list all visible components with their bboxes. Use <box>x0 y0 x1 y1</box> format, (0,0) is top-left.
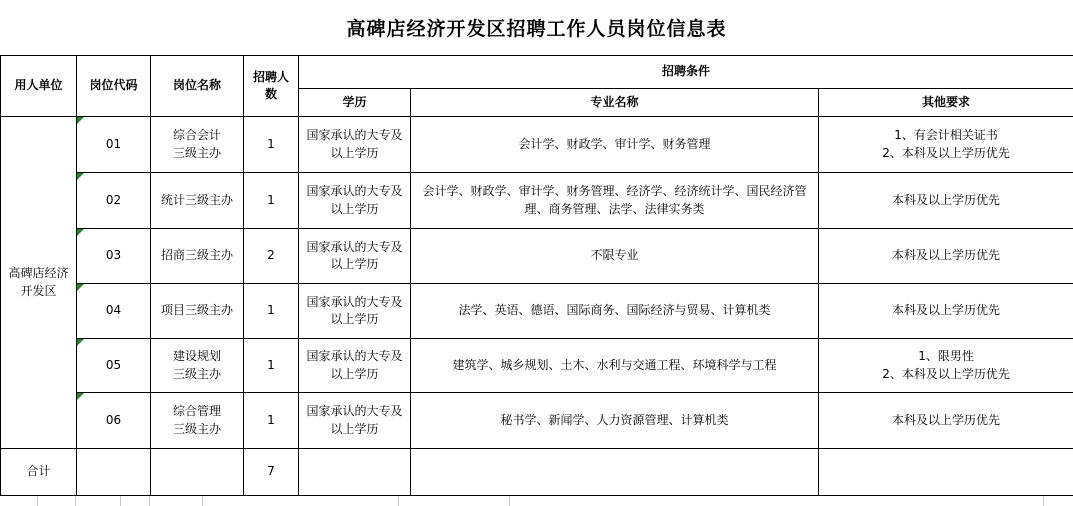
spreadsheet-view: 高碑店经济开发区招聘工作人员岗位信息表 用人单位 岗位代码 岗位名称 招聘人 数… <box>0 0 1073 506</box>
total-label-cell: 合计 <box>1 449 77 496</box>
excel-error-triangle-icon <box>77 393 84 400</box>
major-cell: 秘书学、新闻学、人力资源管理、计算机类 <box>411 393 819 449</box>
education-cell: 国家承认的大专及 以上学历 <box>299 229 411 284</box>
table-row: 03 招商三级主办 2 国家承认的大专及 以上学历 不限专业 本科及以上学历优先 <box>1 229 1073 284</box>
table-row: 06 综合管理 三级主办 1 国家承认的大专及 以上学历 秘书学、新闻学、人力资… <box>1 393 1073 449</box>
total-row: 合计 7 <box>1 449 1073 496</box>
position-name-cell: 综合管理 三级主办 <box>151 393 244 449</box>
code-value: 04 <box>106 303 121 317</box>
major-cell: 法学、英语、德语、国际商务、国际经济与贸易、计算机类 <box>411 284 819 339</box>
education-cell: 国家承认的大专及 以上学历 <box>299 173 411 229</box>
empty-cell <box>411 449 819 496</box>
code-value: 03 <box>106 248 121 262</box>
code-cell: 01 <box>77 117 151 173</box>
major-cell: 会计学、财政学、审计学、财务管理、经济学、经济统计学、国民经济管理、商务管理、法… <box>411 173 819 229</box>
gridline-tick <box>509 496 510 506</box>
major-cell: 不限专业 <box>411 229 819 284</box>
code-value: 02 <box>106 193 121 207</box>
employer-cell: 高碑店经济 开发区 <box>1 117 77 449</box>
other-requirements-cell: 本科及以上学历优先 <box>819 173 1073 229</box>
gridline-remnants <box>0 496 1073 506</box>
count-cell: 1 <box>244 117 299 173</box>
excel-error-triangle-icon <box>77 173 84 180</box>
count-cell: 1 <box>244 393 299 449</box>
total-count-cell: 7 <box>244 449 299 496</box>
empty-cell <box>819 449 1073 496</box>
gridline-tick <box>398 496 399 506</box>
other-requirements-cell: 本科及以上学历优先 <box>819 284 1073 339</box>
position-name-cell: 招商三级主办 <box>151 229 244 284</box>
code-cell: 06 <box>77 393 151 449</box>
code-cell: 05 <box>77 339 151 393</box>
table-row: 04 项目三级主办 1 国家承认的大专及 以上学历 法学、英语、德语、国际商务、… <box>1 284 1073 339</box>
major-cell: 会计学、财政学、审计学、财务管理 <box>411 117 819 173</box>
position-name-cell: 综合会计 三级主办 <box>151 117 244 173</box>
education-cell: 国家承认的大专及 以上学历 <box>299 393 411 449</box>
header-education: 学历 <box>299 89 411 117</box>
other-requirements-cell: 1、限男性 2、本科及以上学历优先 <box>819 339 1073 393</box>
header-other: 其他要求 <box>819 89 1073 117</box>
header-conditions: 招聘条件 <box>299 56 1073 89</box>
other-requirements-cell: 1、有会计相关证书 2、本科及以上学历优先 <box>819 117 1073 173</box>
excel-error-triangle-icon <box>77 339 84 346</box>
count-cell: 1 <box>244 339 299 393</box>
excel-error-triangle-icon <box>77 229 84 236</box>
gridline-tick <box>37 496 38 506</box>
table-row: 高碑店经济 开发区 01 综合会计 三级主办 1 国家承认的大专及 以上学历 会… <box>1 117 1073 173</box>
education-cell: 国家承认的大专及 以上学历 <box>299 284 411 339</box>
major-cell: 建筑学、城乡规划、土木、水利与交通工程、环境科学与工程 <box>411 339 819 393</box>
position-name-cell: 建设规划 三级主办 <box>151 339 244 393</box>
code-value: 05 <box>106 358 121 372</box>
gridline-tick <box>1043 496 1044 506</box>
count-cell: 1 <box>244 173 299 229</box>
other-requirements-cell: 本科及以上学历优先 <box>819 393 1073 449</box>
empty-cell <box>299 449 411 496</box>
gridline-tick <box>75 496 76 506</box>
recruitment-table: 用人单位 岗位代码 岗位名称 招聘人 数 招聘条件 学历 专业名称 其他要求 高… <box>0 55 1073 496</box>
count-cell: 1 <box>244 284 299 339</box>
table-row: 05 建设规划 三级主办 1 国家承认的大专及 以上学历 建筑学、城乡规划、土木… <box>1 339 1073 393</box>
code-cell: 03 <box>77 229 151 284</box>
code-cell: 04 <box>77 284 151 339</box>
position-name-cell: 项目三级主办 <box>151 284 244 339</box>
gridline-tick <box>120 496 121 506</box>
count-cell: 2 <box>244 229 299 284</box>
gridline-tick <box>149 496 150 506</box>
education-cell: 国家承认的大专及 以上学历 <box>299 117 411 173</box>
empty-cell <box>151 449 244 496</box>
position-name-cell: 统计三级主办 <box>151 173 244 229</box>
header-employer: 用人单位 <box>1 56 77 117</box>
excel-error-triangle-icon <box>77 284 84 291</box>
header-major: 专业名称 <box>411 89 819 117</box>
empty-cell <box>77 449 151 496</box>
table-row: 02 统计三级主办 1 国家承认的大专及 以上学历 会计学、财政学、审计学、财务… <box>1 173 1073 229</box>
page-title: 高碑店经济开发区招聘工作人员岗位信息表 <box>0 0 1073 55</box>
other-requirements-cell: 本科及以上学历优先 <box>819 229 1073 284</box>
code-value: 06 <box>106 413 121 427</box>
gridline-tick <box>202 496 203 506</box>
header-name: 岗位名称 <box>151 56 244 117</box>
excel-error-triangle-icon <box>77 117 84 124</box>
education-cell: 国家承认的大专及 以上学历 <box>299 339 411 393</box>
code-value: 01 <box>106 137 121 151</box>
header-count: 招聘人 数 <box>244 56 299 117</box>
header-code: 岗位代码 <box>77 56 151 117</box>
code-cell: 02 <box>77 173 151 229</box>
